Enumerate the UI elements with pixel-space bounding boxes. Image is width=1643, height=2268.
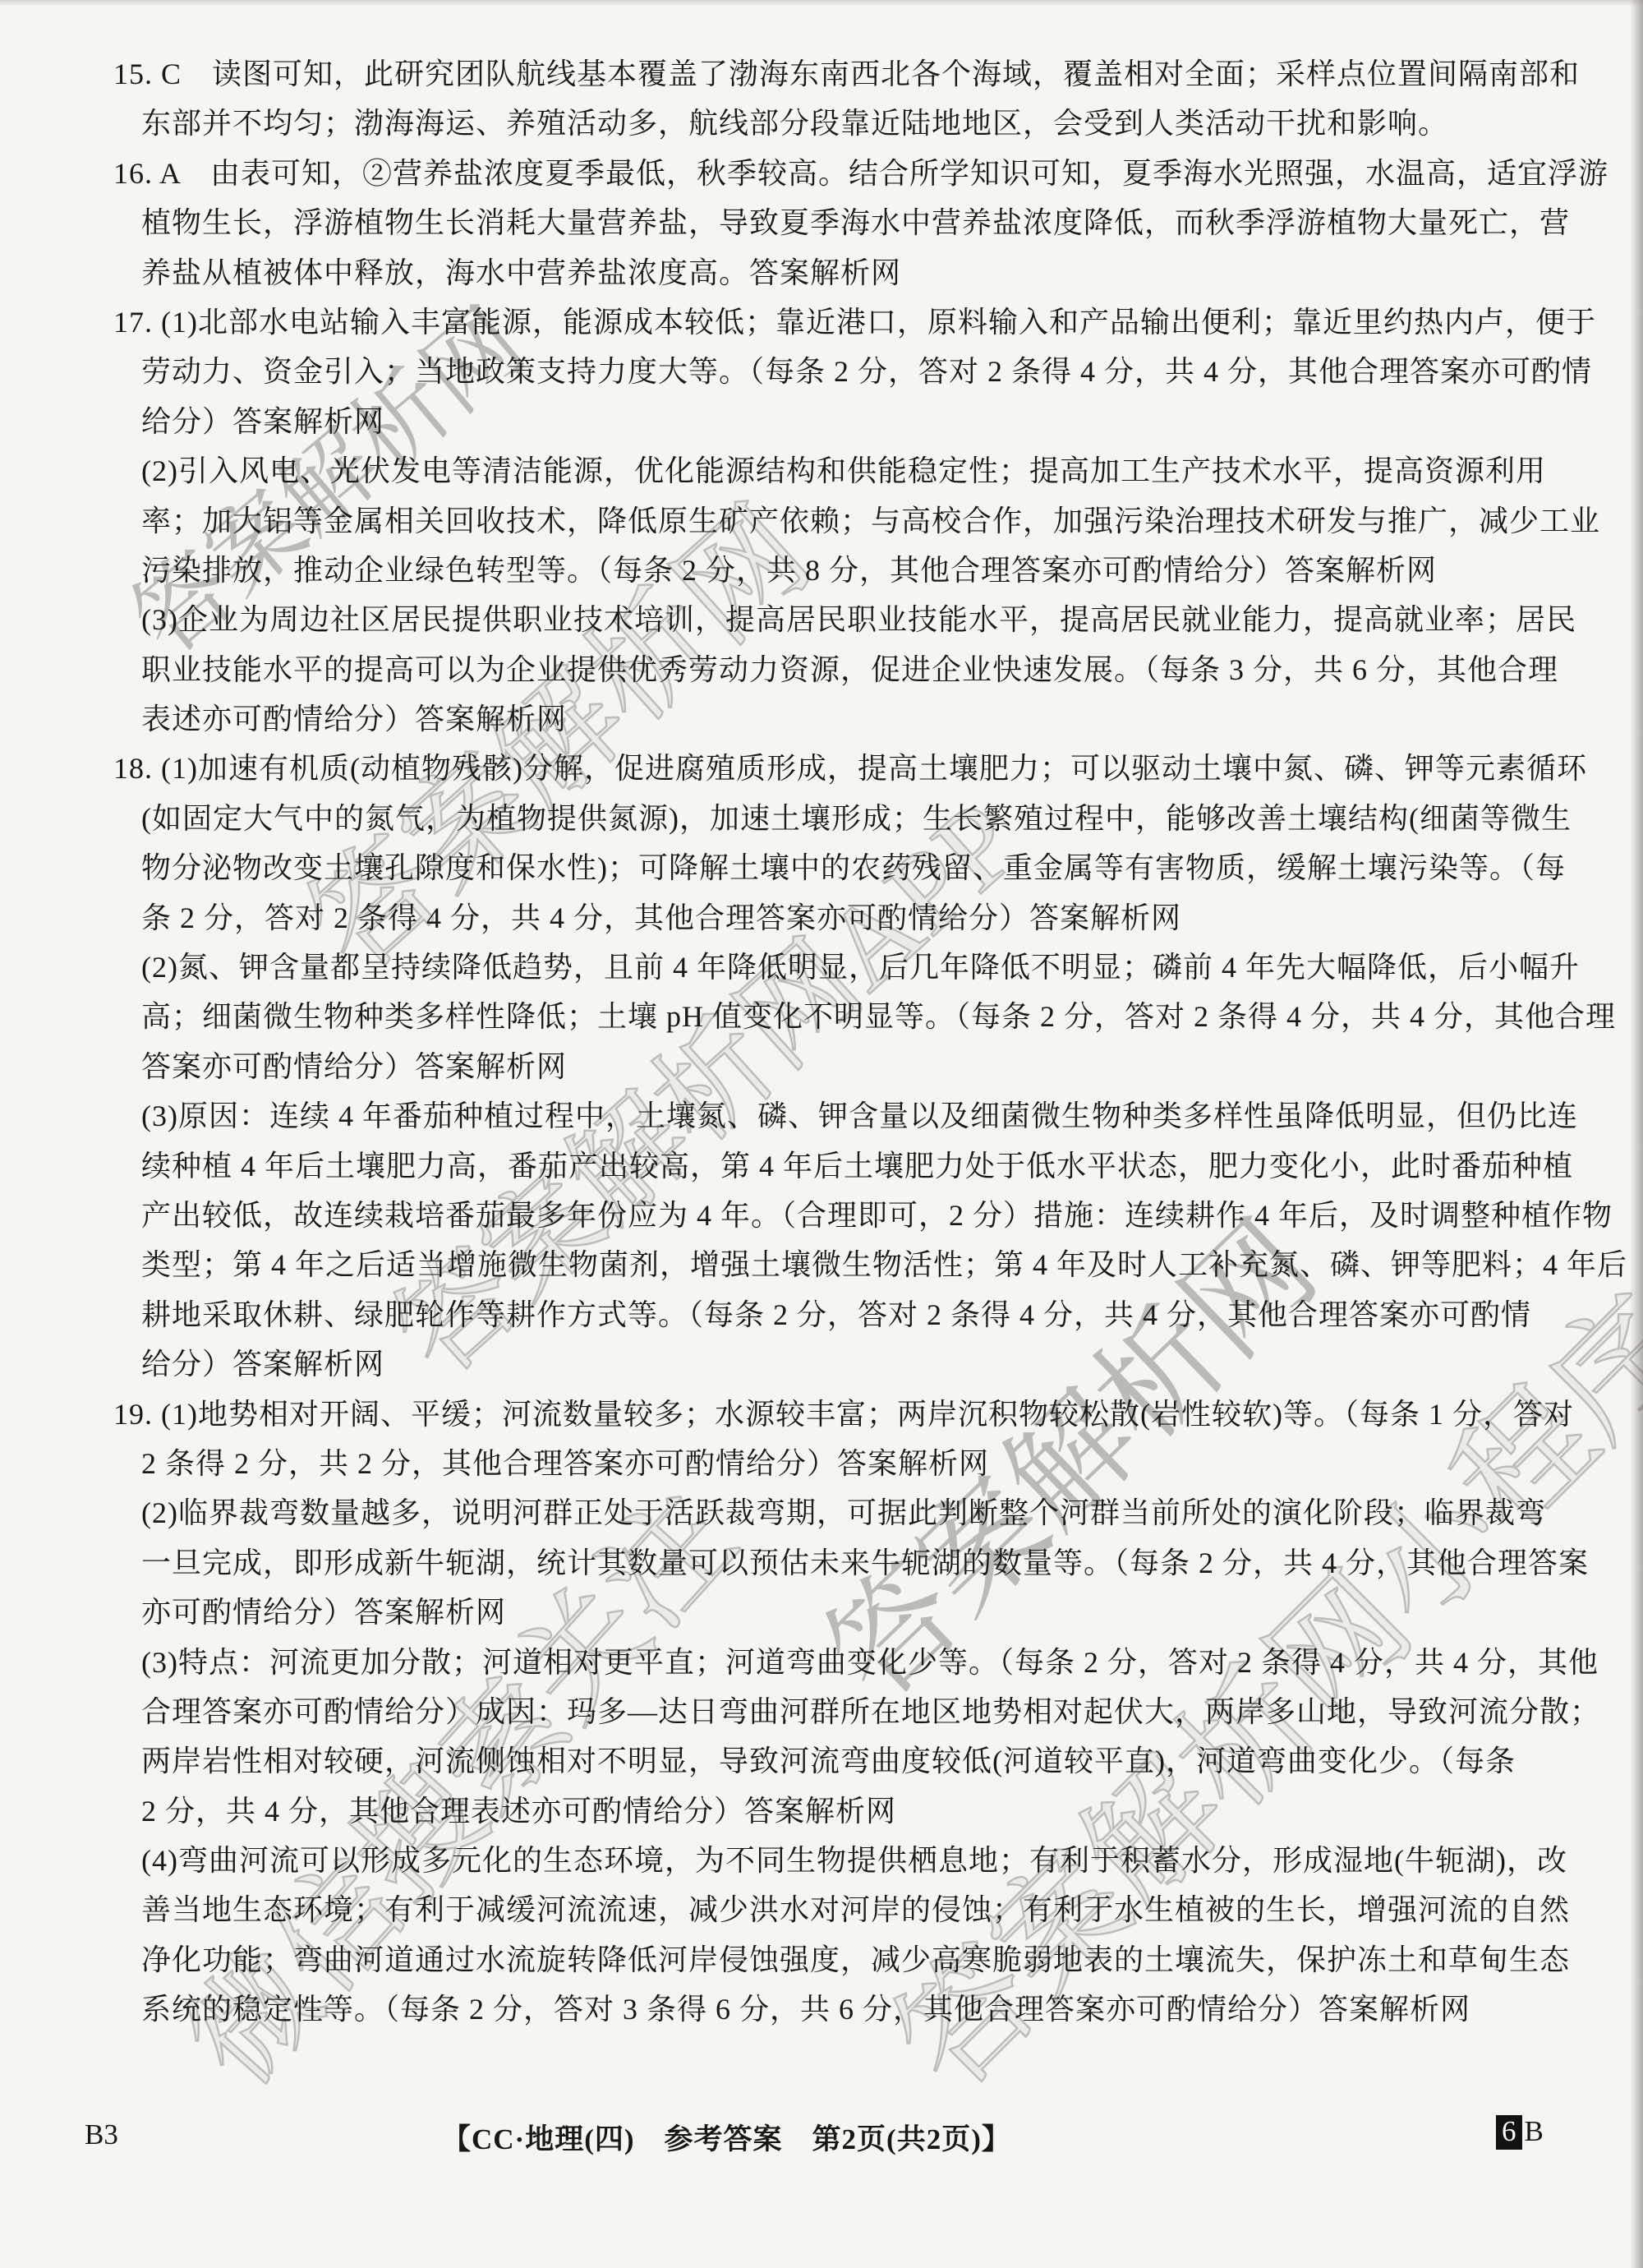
answer-line: 产出较低，故连续栽培番茄最多年份应为 4 年。（合理即可，2 分）措施：连续耕作…	[141, 1191, 1595, 1240]
scan-edge-shadow-top	[0, 0, 1643, 7]
answer-line: (4)弯曲河流可以形成多元化的生态环境，为不同生物提供栖息地；有利于积蓄水分，形…	[141, 1836, 1595, 1885]
scan-edge-shadow-right	[1630, 0, 1643, 2268]
answer-line: 2 条得 2 分，共 2 分，其他合理答案亦可酌情给分）答案解析网	[141, 1439, 1595, 1488]
answer-line: 东部并不均匀；渤海海运、养殖活动多，航线部分段靠近陆地地区，会受到人类活动干扰和…	[141, 99, 1595, 148]
answer-line: 18. (1)加速有机质(动植物残骸)分解，促进腐殖质形成，提高土壤肥力；可以驱…	[113, 744, 1595, 793]
answer-line: 植物生长，浮游植物生长消耗大量营养盐，导致夏季海水中营养盐浓度降低，而秋季浮游植…	[141, 198, 1595, 247]
answer-line: 17. (1)北部水电站输入丰富能源，能源成本较低；靠近港口，原料输入和产品输出…	[113, 297, 1595, 347]
answer-line: 系统的稳定性等。（每条 2 分，答对 3 条得 6 分，共 6 分，其他合理答案…	[141, 1984, 1595, 2034]
answer-line: 类型；第 4 年之后适当增施微生物菌剂，增强土壤微生物活性；第 4 年及时人工补…	[141, 1240, 1595, 1289]
answer-line: 养盐从植被体中释放，海水中营养盐浓度高。答案解析网	[141, 248, 1595, 297]
answer-line: 16. A 由表可知，②营养盐浓度夏季最低，秋季较高。结合所学知识可知，夏季海水…	[113, 149, 1595, 198]
answer-line: (2)氮、钾含量都呈持续降低趋势，且前 4 年降低明显，后几年降低不明显；磷前 …	[141, 943, 1595, 992]
answer-line: (2)临界裁弯数量越多，说明河群正处于活跃裁弯期，可据此判断整个河群当前所处的演…	[141, 1488, 1595, 1537]
scanned-answer-page: 答案解析网 答案解析网 答案解析网APP 答案解析网 微信搜索关注 答案解析网小…	[0, 0, 1643, 2268]
answer-line: 耕地采取休耕、绿肥轮作等耕作方式等。（每条 2 分，答对 2 条得 4 分，共 …	[141, 1290, 1595, 1339]
answer-line: 劳动力、资金引入；当地政策支持力度大等。（每条 2 分，答对 2 条得 4 分，…	[141, 347, 1595, 396]
footer-page-code: 6B	[1496, 2115, 1544, 2150]
answer-line: 率；加大铝等金属相关回收技术，降低原生矿产依赖；与高校合作，加强污染治理技术研发…	[141, 496, 1595, 546]
answer-line: 给分）答案解析网	[141, 397, 1595, 446]
answer-line: 合理答案亦可酌情给分）成因：玛多—达日弯曲河群所在地区地势相对起伏大，两岸多山地…	[141, 1687, 1595, 1736]
answer-line: 续种植 4 年后土壤肥力高，番茄产出较高，第 4 年后土壤肥力处于低水平状态，肥…	[141, 1141, 1595, 1191]
footer-code-letter: B	[1525, 2115, 1544, 2147]
footer-booklet-code: B3	[85, 2118, 118, 2151]
answer-line: 两岸岩性相对较硬，河流侧蚀相对不明显，导致河流弯曲度较低(河道较平直)，河道弯曲…	[141, 1736, 1595, 1786]
answer-line: (3)特点：河流更加分散；河道相对更平直；河道弯曲变化少等。（每条 2 分，答对…	[141, 1638, 1595, 1687]
answer-line: (2)引入风电、光伏发电等清洁能源，优化能源结构和供能稳定性；提高加工生产技术水…	[141, 446, 1595, 496]
answer-line: 净化功能；弯曲河道通过水流旋转降低河岸侵蚀强度，减少高寒脆弱地表的土壤流失，保护…	[141, 1935, 1595, 1984]
answer-line: 物分泌物改变土壤孔隙度和保水性)；可降解土壤中的农药残留、重金属等有害物质，缓解…	[141, 843, 1595, 892]
answer-line: (3)原因：连续 4 年番茄种植过程中，土壤氮、磷、钾含量以及细菌微生物种类多样…	[141, 1091, 1595, 1141]
answer-line: (3)企业为周边社区居民提供职业技术培训，提高居民职业技能水平，提高居民就业能力…	[141, 595, 1595, 644]
footer-code-box: 6	[1496, 2115, 1522, 2150]
answer-line: 职业技能水平的提高可以为企业提供优秀劳动力资源，促进企业快速发展。（每条 3 分…	[141, 645, 1595, 694]
footer-title-pagination: 【CC·地理(四) 参考答案 第2页(共2页)】	[442, 2117, 1011, 2158]
answer-line: 给分）答案解析网	[141, 1339, 1595, 1389]
answer-line: 污染排放，推动企业绿色转型等。（每条 2 分，共 8 分，其他合理答案亦可酌情给…	[141, 546, 1595, 595]
answer-line: 一旦完成，即形成新牛轭湖，统计其数量可以预估未来牛轭湖的数量等。（每条 2 分，…	[141, 1538, 1595, 1588]
answer-line: 高；细菌微生物种类多样性降低；土壤 pH 值变化不明显等。（每条 2 分，答对 …	[141, 992, 1595, 1041]
answers-body: 15. C 读图可知，此研究团队航线基本覆盖了渤海东南西北各个海域，覆盖相对全面…	[141, 49, 1595, 2035]
answer-line: (如固定大气中的氮气，为植物提供氮源)，加速土壤形成；生长繁殖过程中，能够改善土…	[141, 794, 1595, 843]
answer-line: 19. (1)地势相对开阔、平缓；河流数量较多；水源较丰富；两岸沉积物较松散(岩…	[113, 1390, 1595, 1439]
answer-line: 亦可酌情给分）答案解析网	[141, 1588, 1595, 1637]
answer-line: 条 2 分，答对 2 条得 4 分，共 4 分，其他合理答案亦可酌情给分）答案解…	[141, 893, 1595, 943]
answer-line: 善当地生态环境；有利于减缓河流流速，减少洪水对河岸的侵蚀；有利于水生植被的生长，…	[141, 1885, 1595, 1934]
answer-line: 15. C 读图可知，此研究团队航线基本覆盖了渤海东南西北各个海域，覆盖相对全面…	[113, 49, 1595, 99]
answer-line: 表述亦可酌情给分）答案解析网	[141, 694, 1595, 744]
answer-line: 答案亦可酌情给分）答案解析网	[141, 1042, 1595, 1091]
answer-line: 2 分，共 4 分，其他合理表述亦可酌情给分）答案解析网	[141, 1786, 1595, 1836]
